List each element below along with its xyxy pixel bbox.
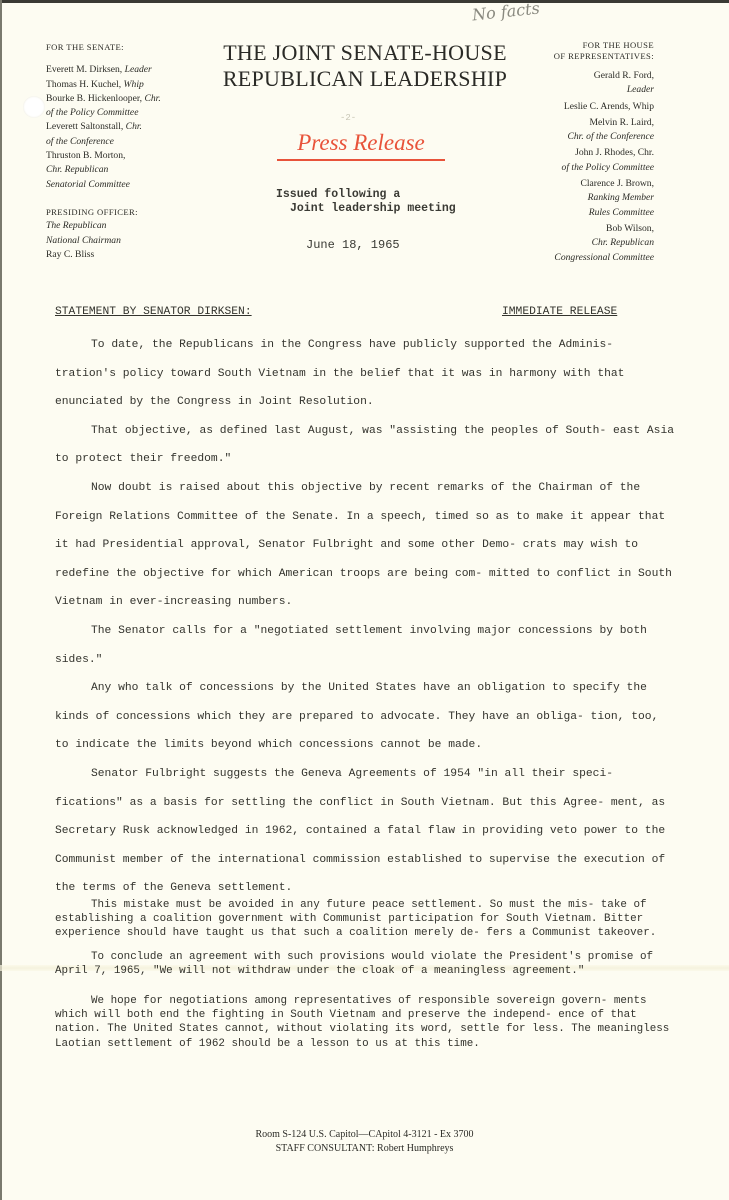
- paragraph: Now doubt is raised about this objective…: [55, 474, 675, 617]
- handwritten-annotation: No facts: [471, 0, 540, 24]
- house-member: Melvin R. Laird, Chr. of the Conference: [554, 116, 654, 145]
- statement-body-double: To date, the Republicans in the Congress…: [55, 331, 675, 903]
- senate-member-role: of the Conference: [46, 135, 161, 149]
- house-member: Leslie C. Arends, Whip: [554, 100, 654, 114]
- senate-member: Leverett Saltonstall, Chr.: [46, 120, 161, 134]
- page-marker: -2-: [340, 113, 356, 123]
- statement-body-single: This mistake must be avoided in any futu…: [55, 898, 675, 1060]
- senate-column: FOR THE SENATE: Everett M. Dirksen, Lead…: [46, 40, 161, 192]
- scan-top-edge: [0, 0, 729, 3]
- presiding-name: Ray C. Bliss: [46, 248, 138, 262]
- press-release-label: Press Release: [277, 130, 445, 161]
- footer-address: Room S-124 U.S. Capitol—CApitol 4-3121 -…: [0, 1128, 729, 1142]
- senate-member-role: of the Policy Committee: [46, 106, 161, 120]
- issued-note: Issued following a Joint leadership meet…: [276, 188, 456, 216]
- presiding-officer: PRESIDING OFFICER: The Republican Nation…: [46, 205, 138, 262]
- footer: Room S-124 U.S. Capitol—CApitol 4-3121 -…: [0, 1128, 729, 1156]
- paragraph: The Senator calls for a "negotiated sett…: [55, 617, 675, 674]
- house-heading: FOR THE HOUSE OF REPRESENTATIVES:: [554, 40, 654, 61]
- senate-member-role: Senatorial Committee: [46, 178, 161, 192]
- senate-member-role: Chr. Republican: [46, 163, 161, 177]
- masthead-title: THE JOINT SENATE-HOUSE REPUBLICAN LEADER…: [210, 40, 520, 92]
- presiding-line1: The Republican: [46, 220, 106, 231]
- senate-member: Thomas H. Kuchel, Whip: [46, 78, 161, 92]
- house-member: John J. Rhodes, Chr. of the Policy Commi…: [554, 146, 654, 175]
- release-status: IMMEDIATE RELEASE: [502, 306, 617, 318]
- senate-member: Everett M. Dirksen, Leader: [46, 63, 161, 77]
- senate-heading: FOR THE SENATE:: [46, 40, 161, 54]
- house-member: Bob Wilson, Chr. Republican Congressiona…: [554, 222, 654, 265]
- scan-left-edge: [0, 0, 2, 1200]
- paragraph: We hope for negotiations among represent…: [55, 994, 675, 1051]
- statement-heading: STATEMENT BY SENATOR DIRKSEN:: [55, 306, 252, 318]
- senate-member: Bourke B. Hickenlooper, Chr.: [46, 92, 161, 106]
- release-date: June 18, 1965: [306, 238, 400, 252]
- house-member: Gerald R. Ford, Leader: [554, 69, 654, 98]
- senate-member: Thruston B. Morton,: [46, 149, 161, 163]
- paragraph: That objective, as defined last August, …: [55, 417, 675, 474]
- presiding-line2: National Chairman: [46, 235, 121, 246]
- paragraph: Any who talk of concessions by the Unite…: [55, 674, 675, 760]
- paragraph: This mistake must be avoided in any futu…: [55, 898, 675, 941]
- house-member: Clarence J. Brown, Ranking Member Rules …: [554, 177, 654, 220]
- punch-hole: [23, 96, 45, 118]
- house-column: FOR THE HOUSE OF REPRESENTATIVES: Gerald…: [554, 40, 654, 267]
- footer-staff: STAFF CONSULTANT: Robert Humphreys: [0, 1142, 729, 1156]
- presiding-heading: PRESIDING OFFICER:: [46, 205, 138, 219]
- paragraph: Senator Fulbright suggests the Geneva Ag…: [55, 760, 675, 903]
- paragraph: To conclude an agreement with such provi…: [55, 950, 675, 978]
- paragraph: To date, the Republicans in the Congress…: [55, 331, 675, 417]
